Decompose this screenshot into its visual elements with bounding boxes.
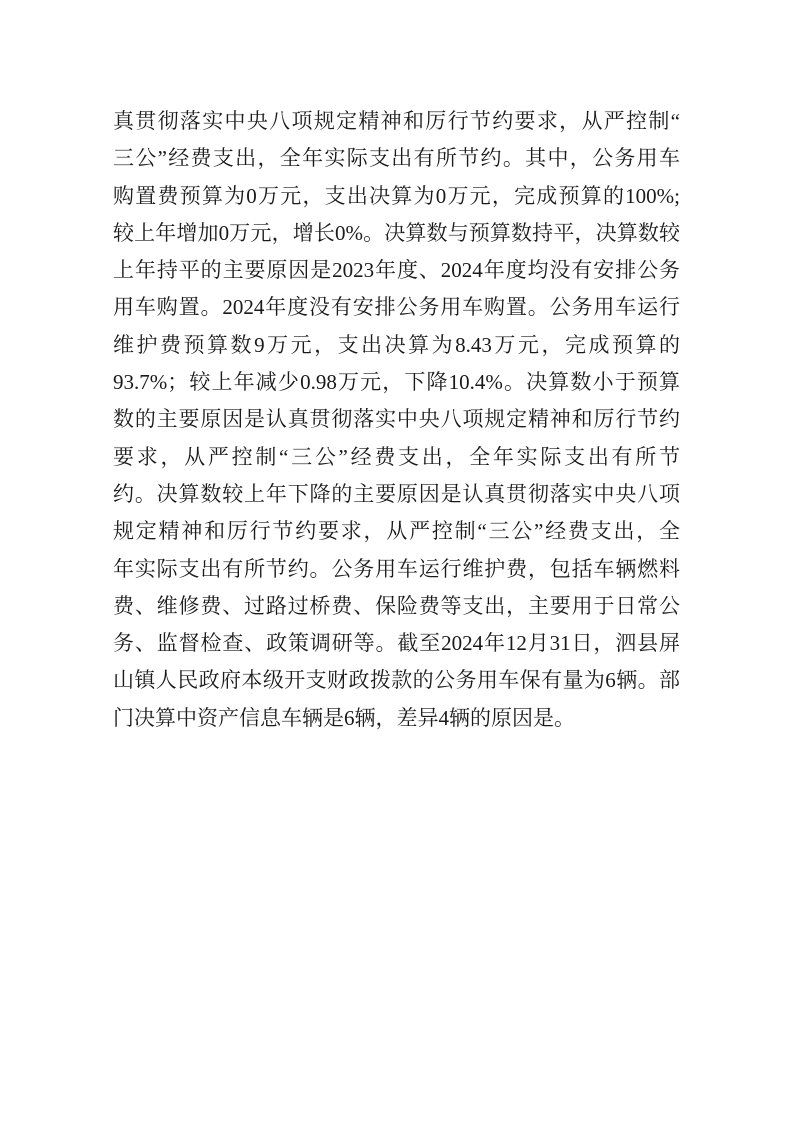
text-line: 维护费预算数9万元，支出决算为8.43万元，完成预算的 bbox=[113, 327, 680, 364]
text-line: 约。决算数较上年下降的主要原因是认真贯彻落实中央八项 bbox=[113, 476, 680, 513]
text-line: 门决算中资产信息车辆是6辆，差异4辆的原因是。 bbox=[113, 700, 680, 737]
text-line: 要求，从严控制“三公”经费支出，全年实际支出有所节 bbox=[113, 439, 680, 476]
text-line: 年实际支出有所节约。公务用车运行维护费，包括车辆燃料 bbox=[113, 551, 680, 588]
text-line: 费、维修费、过路过桥费、保险费等支出，主要用于日常公 bbox=[113, 588, 680, 625]
text-line: 务、监督检查、政策调研等。截至2024年12月31日，泗县屏 bbox=[113, 625, 680, 662]
text-line: 93.7%；较上年减少0.98万元，下降10.4%。决算数小于预算 bbox=[113, 364, 680, 401]
text-line: 用车购置。2024年度没有安排公务用车购置。公务用车运行 bbox=[113, 289, 680, 326]
document-body: 真贯彻落实中央八项规定精神和厉行节约要求，从严控制“三公”经费支出，全年实际支出… bbox=[113, 103, 680, 737]
document-page: 真贯彻落实中央八项规定精神和厉行节约要求，从严控制“三公”经费支出，全年实际支出… bbox=[0, 0, 793, 1122]
text-line: 山镇人民政府本级开支财政拨款的公务用车保有量为6辆。部 bbox=[113, 662, 680, 699]
text-line: 上年持平的主要原因是2023年度、2024年度均没有安排公务 bbox=[113, 252, 680, 289]
text-line: 三公”经费支出，全年实际支出有所节约。其中，公务用车 bbox=[113, 140, 680, 177]
text-line: 购置费预算为0万元，支出决算为0万元，完成预算的100%; bbox=[113, 178, 680, 215]
text-line: 较上年增加0万元，增长0%。决算数与预算数持平，决算数较 bbox=[113, 215, 680, 252]
text-line: 规定精神和厉行节约要求，从严控制“三公”经费支出，全 bbox=[113, 513, 680, 550]
text-line: 真贯彻落实中央八项规定精神和厉行节约要求，从严控制“ bbox=[113, 103, 680, 140]
text-line: 数的主要原因是认真贯彻落实中央八项规定精神和厉行节约 bbox=[113, 401, 680, 438]
